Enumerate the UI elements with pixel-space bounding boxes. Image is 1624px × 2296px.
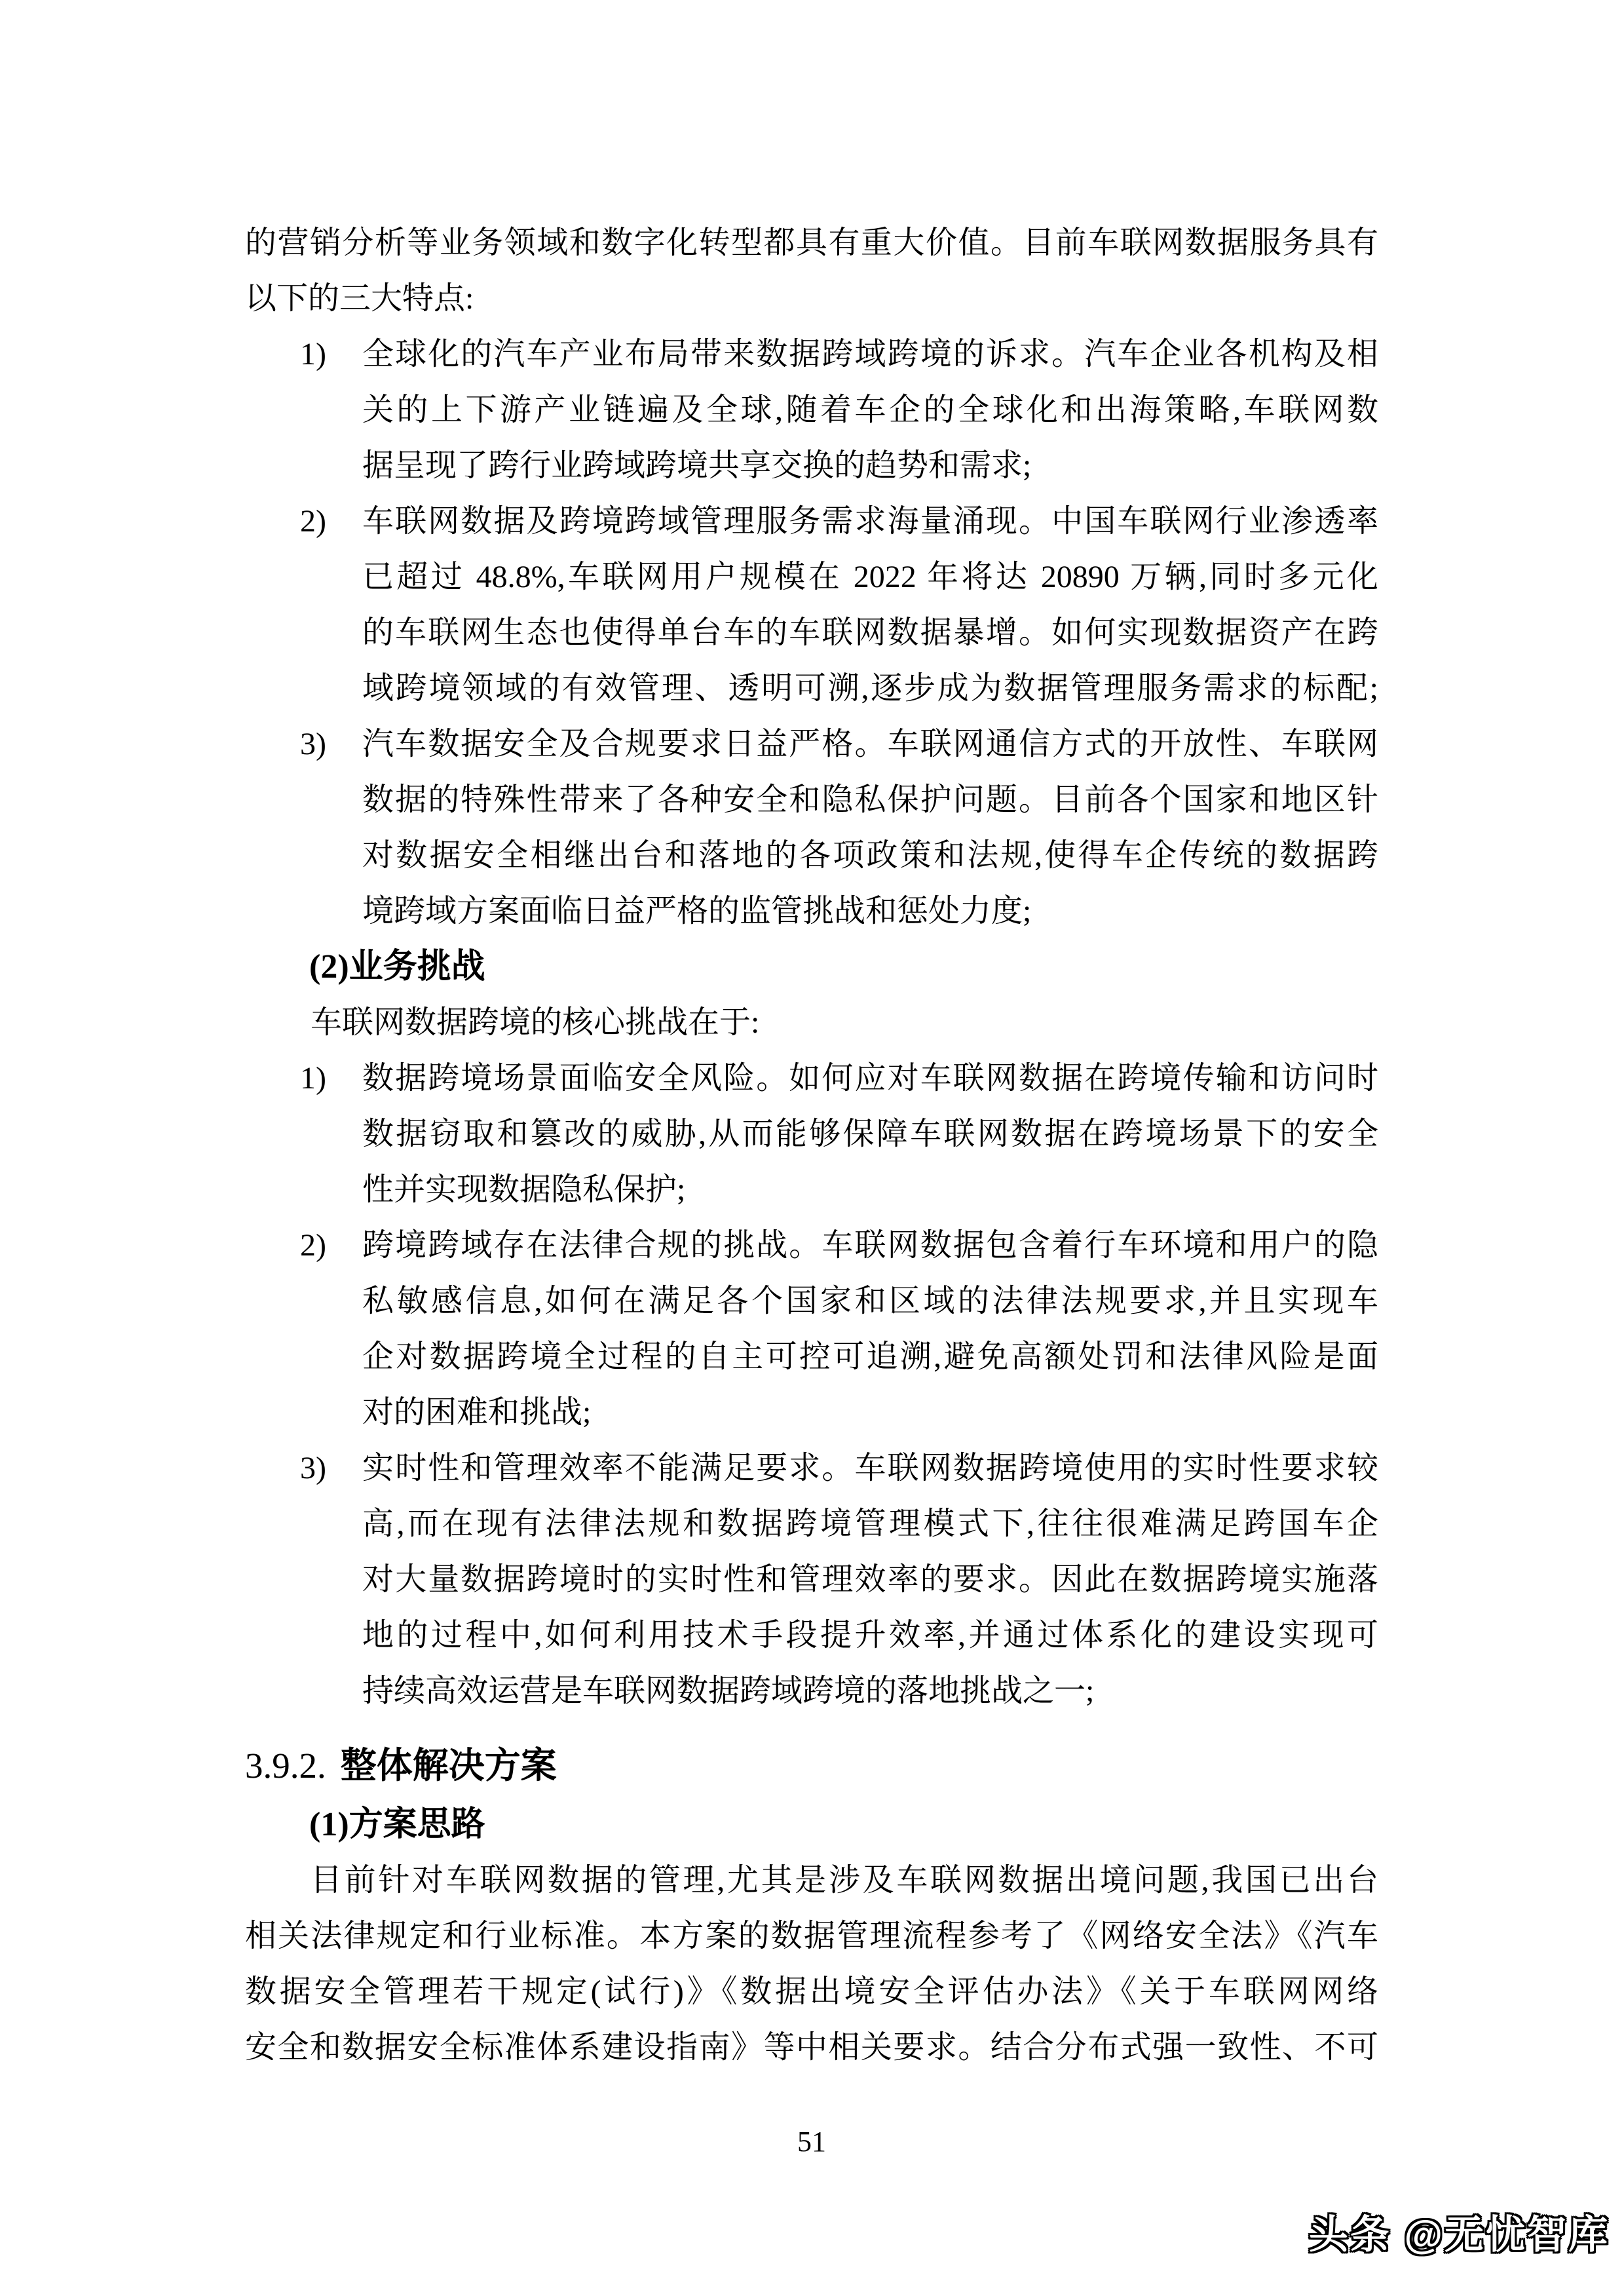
list-line: 境跨域方案面临日益严格的监管挑战和惩处力度; <box>245 883 1378 939</box>
list-line: 地的过程中,如何利用技术手段提升效率,并通过体系化的建设实现可 <box>245 1607 1378 1663</box>
paragraph-line: 数据安全管理若干规定(试行)》《数据出境安全评估办法》《关于车联网网络 <box>245 1964 1378 2019</box>
list-line: 私敏感信息,如何在满足各个国家和区域的法律法规要求,并且实现车 <box>245 1273 1378 1329</box>
list-item: 3) 汽车数据安全及合规要求日益严格。车联网通信方式的开放性、车联网 <box>245 716 1378 772</box>
list-line: 车联网数据及跨境跨域管理服务需求海量涌现。中国车联网行业渗透率 <box>245 493 1378 549</box>
list-item: 1) 数据跨境场景面临安全风险。如何应对车联网数据在跨境传输和访问时 <box>245 1050 1378 1106</box>
list-line: 的车联网生态也使得单台车的车联网数据暴增。如何实现数据资产在跨 <box>245 605 1378 660</box>
paragraph-line: 安全和数据安全标准体系建设指南》等中相关要求。结合分布式强一致性、不可 <box>245 2019 1378 2075</box>
list-line: 对的困难和挑战; <box>245 1385 1378 1440</box>
section-title: 整体解决方案 <box>341 1745 557 1786</box>
list-line: 高,而在现有法律法规和数据跨境管理模式下,往往很难满足跨国车企 <box>245 1496 1378 1552</box>
list-marker: 1) <box>300 1050 326 1106</box>
list-line: 对大量数据跨境时的实时性和管理效率的要求。因此在数据跨境实施落 <box>245 1552 1378 1607</box>
paragraph-line: 以下的三大特点: <box>245 271 1378 326</box>
watermark: 头条 @无忧智库 <box>1309 2212 1610 2257</box>
list-line: 数据窃取和篡改的威胁,从而能够保障车联网数据在跨境场景下的安全 <box>245 1106 1378 1162</box>
page-number: 51 <box>245 2125 1378 2158</box>
list-line: 对数据安全相继出台和落地的各项政策和法规,使得车企传统的数据跨 <box>245 828 1378 883</box>
section-number: 3.9.2. <box>245 1746 326 1786</box>
list-line: 性并实现数据隐私保护; <box>245 1162 1378 1217</box>
list-line: 数据的特殊性带来了各种安全和隐私保护问题。目前各个国家和地区针 <box>245 772 1378 828</box>
list-item: 1) 全球化的汽车产业布局带来数据跨域跨境的诉求。汽车企业各机构及相 <box>245 326 1378 382</box>
list-line: 域跨境领域的有效管理、透明可溯,逐步成为数据管理服务需求的标配; <box>245 660 1378 716</box>
list-marker: 3) <box>300 716 326 772</box>
list-item: 2) 车联网数据及跨境跨域管理服务需求海量涌现。中国车联网行业渗透率 <box>245 493 1378 549</box>
document-page: 的营销分析等业务领域和数字化转型都具有重大价值。目前车联网数据服务具有 以下的三… <box>0 0 1624 2296</box>
subsection-heading-business-challenges: (2)业务挑战 <box>245 939 1378 995</box>
list-line: 跨境跨域存在法律合规的挑战。车联网数据包含着行车环境和用户的隐 <box>245 1217 1378 1273</box>
list-marker: 2) <box>300 493 326 549</box>
list-item: 2) 跨境跨域存在法律合规的挑战。车联网数据包含着行车环境和用户的隐 <box>245 1217 1378 1273</box>
list-line: 据呈现了跨行业跨域跨境共享交换的趋势和需求; <box>245 438 1378 493</box>
list-marker: 2) <box>300 1217 326 1273</box>
page-content: 的营销分析等业务领域和数字化转型都具有重大价值。目前车联网数据服务具有 以下的三… <box>245 215 1378 2075</box>
list-line: 持续高效运营是车联网数据跨域跨境的落地挑战之一; <box>245 1663 1378 1719</box>
paragraph-line: 的营销分析等业务领域和数字化转型都具有重大价值。目前车联网数据服务具有 <box>245 215 1378 271</box>
list-marker: 1) <box>300 326 326 382</box>
section-heading: 3.9.2.整体解决方案 <box>245 1734 1378 1797</box>
paragraph-line: 车联网数据跨境的核心挑战在于: <box>245 995 1378 1050</box>
paragraph-line: 相关法律规定和行业标准。本方案的数据管理流程参考了《网络安全法》《汽车 <box>245 1908 1378 1964</box>
list-line: 全球化的汽车产业布局带来数据跨域跨境的诉求。汽车企业各机构及相 <box>245 326 1378 382</box>
list-item: 3) 实时性和管理效率不能满足要求。车联网数据跨境使用的实时性要求较 <box>245 1440 1378 1496</box>
list-line: 汽车数据安全及合规要求日益严格。车联网通信方式的开放性、车联网 <box>245 716 1378 772</box>
paragraph-line: 目前针对车联网数据的管理,尤其是涉及车联网数据出境问题,我国已出台 <box>245 1852 1378 1908</box>
subsection-heading-solution-idea: (1)方案思路 <box>245 1797 1378 1852</box>
list-line: 数据跨境场景面临安全风险。如何应对车联网数据在跨境传输和访问时 <box>245 1050 1378 1106</box>
list-line: 已超过 48.8%,车联网用户规模在 2022 年将达 20890 万辆,同时多… <box>245 549 1378 605</box>
list-marker: 3) <box>300 1440 326 1496</box>
list-line: 实时性和管理效率不能满足要求。车联网数据跨境使用的实时性要求较 <box>245 1440 1378 1496</box>
list-line: 关的上下游产业链遍及全球,随着车企的全球化和出海策略,车联网数 <box>245 382 1378 438</box>
list-line: 企对数据跨境全过程的自主可控可追溯,避免高额处罚和法律风险是面 <box>245 1329 1378 1385</box>
